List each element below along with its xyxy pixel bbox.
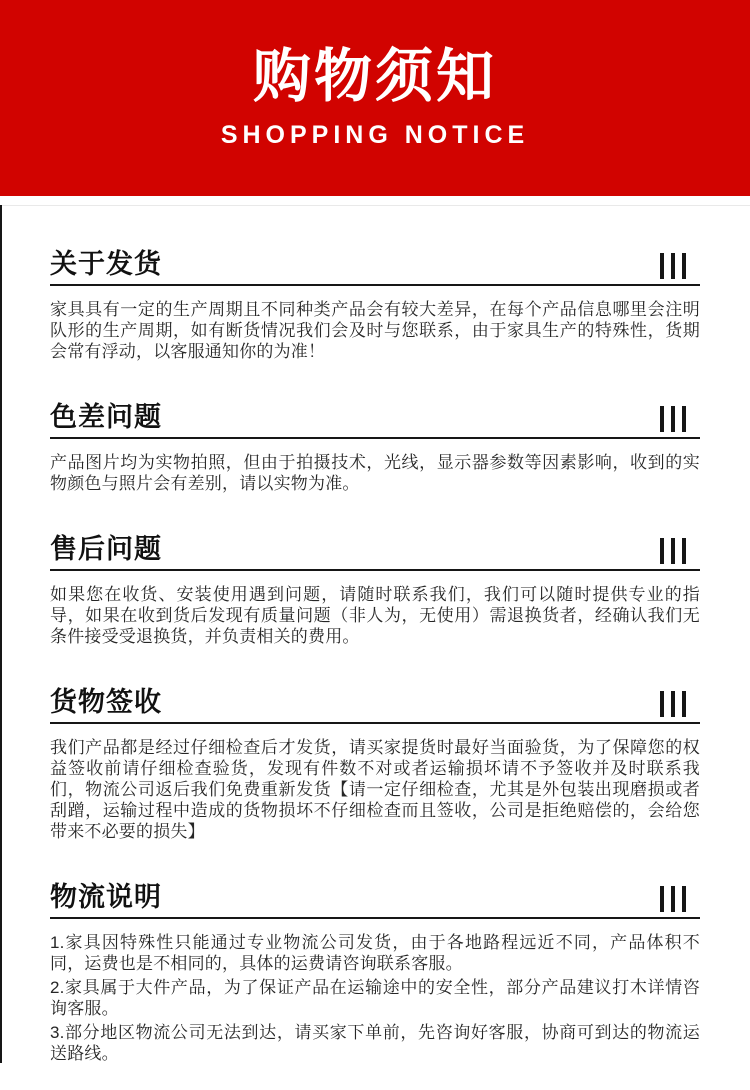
section-title: 关于发货 <box>50 249 162 279</box>
triple-bars-icon <box>660 538 686 564</box>
section-logistics: 物流说明 1.家具因特殊性只能通过专业物流公司发货，由于各地路程远近不同，产品体… <box>50 882 700 1064</box>
section-paragraph: 家具具有一定的生产周期且不同种类产品会有较大差异，在每个产品信息哪里会注明队形的… <box>50 299 700 362</box>
section-title: 物流说明 <box>50 882 162 912</box>
logistics-item: 2.家具属于大件产品，为了保证产品在运输途中的安全性，部分产品建议打木详情咨询客… <box>50 977 700 1019</box>
triple-bars-icon <box>660 253 686 279</box>
section-paragraph: 如果您在收货、安装使用遇到问题，请随时联系我们，我们可以随时提供专业的指导，如果… <box>50 584 700 647</box>
section-title: 售后问题 <box>50 534 162 564</box>
section-header-row: 色差问题 <box>50 402 700 439</box>
left-border-line <box>0 205 2 1063</box>
logistics-item: 3.部分地区物流公司无法到达，请买家下单前，先咨询好客服，协商可到达的物流运送路… <box>50 1022 700 1064</box>
section-header-row: 售后问题 <box>50 534 700 571</box>
logistics-item: 1.家具因特殊性只能通过专业物流公司发货，由于各地路程远近不同，产品体积不同，运… <box>50 932 700 974</box>
triple-bars-icon <box>660 691 686 717</box>
section-paragraph: 我们产品都是经过仔细检查后才发货，请买家提货时最好当面验货，为了保障您的权益签收… <box>50 737 700 842</box>
section-color-difference: 色差问题 产品图片均为实物拍照，但由于拍摄技术，光线，显示器参数等因素影响，收到… <box>50 402 700 494</box>
section-paragraph: 产品图片均为实物拍照，但由于拍摄技术，光线，显示器参数等因素影响，收到的实物颜色… <box>50 452 700 494</box>
section-title: 货物签收 <box>50 687 162 717</box>
notice-content: 关于发货 家具具有一定的生产周期且不同种类产品会有较大差异，在每个产品信息哪里会… <box>0 206 750 1064</box>
page-subtitle: SHOPPING NOTICE <box>221 123 529 148</box>
triple-bars-icon <box>660 406 686 432</box>
section-about-shipping: 关于发货 家具具有一定的生产周期且不同种类产品会有较大差异，在每个产品信息哪里会… <box>50 249 700 362</box>
section-header-row: 关于发货 <box>50 249 700 286</box>
section-header-row: 货物签收 <box>50 687 700 724</box>
section-after-sales: 售后问题 如果您在收货、安装使用遇到问题，请随时联系我们，我们可以随时提供专业的… <box>50 534 700 647</box>
page-title: 购物须知 <box>253 48 497 106</box>
section-header-row: 物流说明 <box>50 882 700 919</box>
shopping-notice-page: 购物须知 SHOPPING NOTICE 关于发货 家具具有一定的生产周期且不同… <box>0 0 750 1090</box>
section-title: 色差问题 <box>50 402 162 432</box>
triple-bars-icon <box>660 886 686 912</box>
section-goods-receipt: 货物签收 我们产品都是经过仔细检查后才发货，请买家提货时最好当面验货，为了保障您… <box>50 687 700 842</box>
header-banner: 购物须知 SHOPPING NOTICE <box>0 0 750 196</box>
